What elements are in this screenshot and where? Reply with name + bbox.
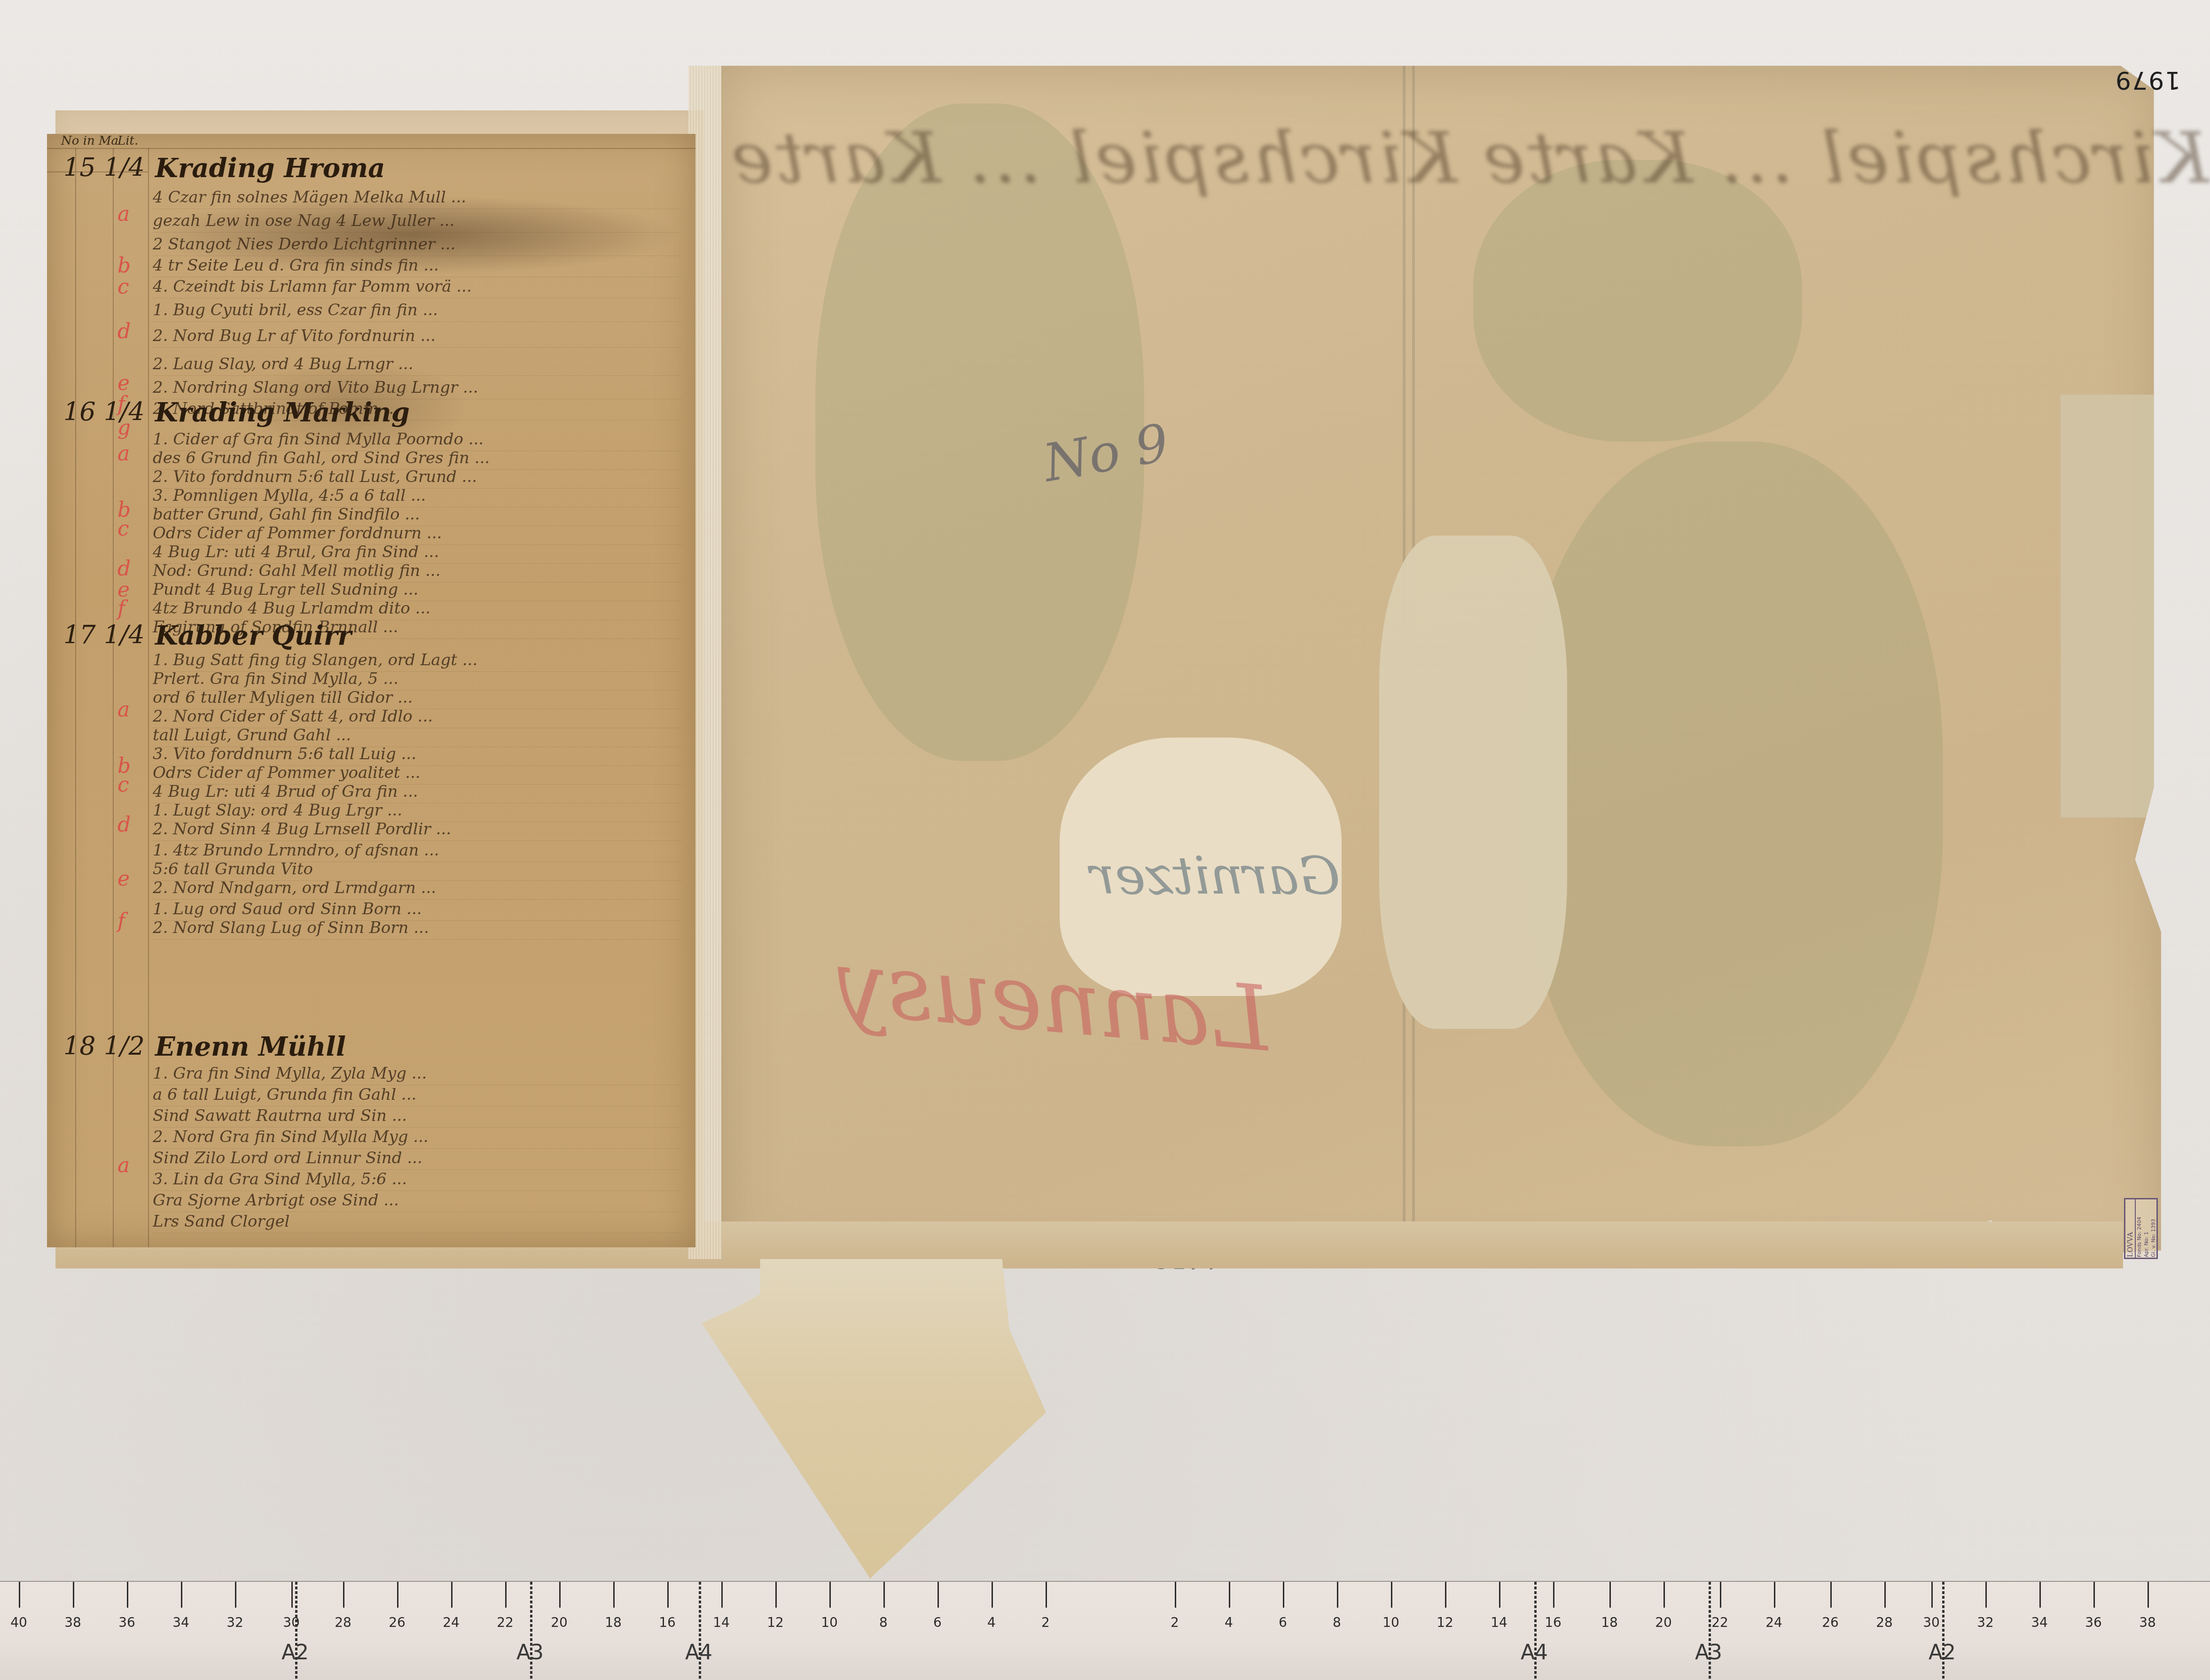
ruler-tick <box>1499 1582 1500 1608</box>
ruler-tick <box>829 1582 831 1608</box>
ruler-label: 20 <box>1655 1615 1672 1630</box>
paper-size-line <box>1942 1582 1944 1680</box>
paper-size-mark: A2 <box>1929 1641 1956 1664</box>
entry-line: tall Luigt, Grund Gahl ... <box>153 726 681 747</box>
ruler-tick <box>343 1582 344 1608</box>
ruler-tick <box>775 1582 777 1608</box>
ruler-tick <box>1830 1582 1832 1608</box>
entry-line: Prlert. Gra fin Sind Mylla, 5 ... <box>153 669 681 691</box>
entry-line: 4. Czeindt bis Lrlamn far Pomm vorä ... <box>153 277 681 298</box>
entry-line: batter Grund, Gahl fin Sindfilo ... <box>153 505 681 526</box>
ledger-rule <box>75 148 76 1247</box>
entry-line: 4 Bug Lr: uti 4 Brud of Gra fin ... <box>153 782 681 803</box>
paper-size-mark: A3 <box>1695 1641 1722 1664</box>
parcel-number: 16 1/4 <box>63 397 145 427</box>
entry-line: 2. Nord Bug Lr af Vito fordnurin ... <box>153 327 681 348</box>
ruler-tick <box>2093 1582 2095 1608</box>
ruler-tick <box>73 1582 74 1608</box>
ruler-label: 16 <box>659 1615 676 1630</box>
entry-line: Gra Sjorne Arbrigt ose Sind ... <box>153 1191 681 1212</box>
ruler-label: 14 <box>713 1615 730 1630</box>
ruler-tick <box>1175 1582 1176 1608</box>
ruler-label: 12 <box>767 1615 784 1630</box>
ruler-label: 6 <box>1279 1615 1287 1630</box>
ruler-label: 32 <box>226 1615 243 1630</box>
ruler-label: 4 <box>1225 1615 1233 1630</box>
parcel-number: 18 1/2 <box>63 1031 145 1061</box>
ruler-tick <box>883 1582 885 1608</box>
ruler-label: 10 <box>821 1615 838 1630</box>
ruler-label: 38 <box>64 1615 81 1630</box>
ruler-tick <box>937 1582 939 1608</box>
ruler-label: 28 <box>1876 1615 1893 1630</box>
ruler-label: 24 <box>443 1615 460 1630</box>
measurement-ruler: 40 38 36 34 32 30 28 26 24 22 20 18 16 1… <box>0 1581 2210 1680</box>
item-letter: d <box>117 557 131 581</box>
ruler-label: 22 <box>1711 1615 1728 1630</box>
ruler-tick <box>1663 1582 1665 1608</box>
entry-line: 2. Vito forddnurn 5:6 tall Lust, Grund .… <box>153 467 681 489</box>
ruler-label: 12 <box>1437 1615 1453 1630</box>
ruler-label: 30 <box>1923 1615 1940 1630</box>
ink-show-through <box>141 195 681 275</box>
stamp-title: LOVVA <box>2125 1199 2136 1258</box>
entry-line: 2. Nord Gra fin Sind Mylla Myg ... <box>153 1128 681 1149</box>
ruler-label: 40 <box>10 1615 27 1630</box>
ruler-label: 32 <box>1977 1615 1994 1630</box>
ruler-label: 14 <box>1491 1615 1507 1630</box>
paper-size-mark: A4 <box>1521 1641 1548 1664</box>
stamp-fonds: Fonds No: 2404 <box>2136 1199 2143 1258</box>
ruler-label: 34 <box>2031 1615 2048 1630</box>
paper-size-mark: A4 <box>685 1641 712 1664</box>
mirrored-title-show-through: Kirchspiel ... Karte <box>728 117 1457 199</box>
item-letter: c <box>117 517 129 541</box>
paper-size-mark: A3 <box>516 1641 544 1664</box>
ruler-tick <box>1046 1582 1047 1608</box>
entry-line: Odrs Cider af Pommer yoalitet ... <box>153 763 681 785</box>
section-title: Krading Hroma <box>155 153 385 184</box>
item-letter: a <box>117 1153 130 1177</box>
entry-line: 1. Lugt Slay: ord 4 Bug Lrgr ... <box>153 801 681 822</box>
ruler-label: 10 <box>1382 1615 1399 1630</box>
entry-line: 2. Nord Cider of Satt 4, ord Idlo ... <box>153 707 681 728</box>
ruler-tick <box>1445 1582 1446 1608</box>
entry-line: a 6 tall Luigt, Grunda fin Gahl ... <box>153 1085 681 1106</box>
paper-size-line <box>699 1582 701 1680</box>
item-letter: c <box>117 773 129 797</box>
ruler-tick <box>127 1582 128 1608</box>
ruler-label: 16 <box>1545 1615 1562 1630</box>
mirrored-title-show-through: Kirchspiel ... Karte <box>1480 117 2209 199</box>
stamp-apr: Apr. No: 1 <box>2143 1199 2150 1258</box>
ruler-tick <box>19 1582 20 1608</box>
entry-line: 1. Bug Satt fing tig Slangen, ord Lagt .… <box>153 651 681 672</box>
entry-line: Pundt 4 Bug Lrgr tell Sudning ... <box>153 580 681 601</box>
ruler-label: 20 <box>551 1615 568 1630</box>
item-letter: e <box>117 371 130 395</box>
entry-line: 3. Vito forddnurn 5:6 tall Luig ... <box>153 745 681 766</box>
entry-line: 1. Gra fin Sind Mylla, Zyla Myg ... <box>153 1064 681 1085</box>
ruler-tick <box>1931 1582 1933 1608</box>
repair-patch <box>2061 395 2164 817</box>
entry-line: des 6 Grund fin Gahl, ord Sind Gres fin … <box>153 449 681 470</box>
ruler-tick <box>2039 1582 2041 1608</box>
entry-line: Nod: Grund: Gahl Mell motlig fin ... <box>153 561 681 583</box>
ruler-tick <box>235 1582 236 1608</box>
ruler-label: 36 <box>118 1615 135 1630</box>
entry-line: Sind Sawatt Rautrna urd Sin ... <box>153 1106 681 1128</box>
show-through-map-area <box>1520 442 1943 1146</box>
item-letter: d <box>117 813 131 837</box>
register-page: No in Ma Lit. 15 1/4 Krading Hroma a b c… <box>47 134 695 1247</box>
section-title: Kabber Quirr <box>155 620 351 651</box>
ledger-rule <box>47 148 695 149</box>
ruler-tick <box>451 1582 453 1608</box>
ruler-label: 38 <box>2139 1615 2156 1630</box>
stamp-gl: Gl. v. No: 1393 <box>2150 1199 2157 1258</box>
ruler-label: 8 <box>1333 1615 1341 1630</box>
paper-size-line <box>1709 1582 1711 1680</box>
item-letter: d <box>117 319 131 343</box>
ruler-label: 2 <box>1171 1615 1179 1630</box>
ruler-tick <box>505 1582 507 1608</box>
entry-line: Sind Zilo Lord ord Linnur Sind ... <box>153 1149 681 1170</box>
ruler-label: 18 <box>605 1615 622 1630</box>
ruler-tick <box>1337 1582 1338 1608</box>
paper-size-mark: A2 <box>281 1641 309 1664</box>
paper-size-line <box>295 1582 297 1680</box>
header-number-col: No in Ma <box>61 134 118 148</box>
ruler-tick <box>1985 1582 1987 1608</box>
entry-line: 4 Bug Lr: uti 4 Brul, Gra fin Sind ... <box>153 543 681 564</box>
ruler-tick <box>559 1582 561 1608</box>
ledger-rule <box>113 148 114 1247</box>
entry-line: 2. Nord Slang Lug of Sinn Born ... <box>153 918 681 940</box>
ruler-tick <box>992 1582 993 1608</box>
ruler-label: 36 <box>2085 1615 2102 1630</box>
ledger-rule <box>148 148 149 1247</box>
ruler-label: 8 <box>879 1615 888 1630</box>
item-letter: a <box>117 698 130 722</box>
entry-line: Lrs Sand Clorgel <box>153 1212 681 1233</box>
item-letter: f <box>117 909 125 933</box>
ruler-tick <box>1774 1582 1775 1608</box>
ruler-tick <box>1283 1582 1284 1608</box>
parcel-number: 15 1/4 <box>63 153 145 182</box>
show-through-map-area <box>1473 160 1802 442</box>
item-letter: e <box>117 867 130 891</box>
entry-line: Odrs Cider af Pommer forddnurn ... <box>153 524 681 545</box>
ruler-tick <box>397 1582 398 1608</box>
item-letter: a <box>117 442 130 466</box>
ruler-tick <box>1229 1582 1230 1608</box>
entry-line: 2. Nord Sinn 4 Bug Lrnsell Pordlir ... <box>153 820 681 841</box>
repair-patch <box>1379 536 1567 1029</box>
entry-line: ord 6 tuller Myligen till Gidor ... <box>153 688 681 709</box>
item-letter: f <box>117 597 125 621</box>
ruler-tick <box>181 1582 182 1608</box>
ruler-label: 26 <box>389 1615 406 1630</box>
map-sheet-verso <box>721 66 2164 1268</box>
ruler-label: 28 <box>335 1615 351 1630</box>
item-letter: b <box>117 254 131 278</box>
entry-line: 4tz Brundo 4 Bug Lrlamdm dito ... <box>153 599 681 620</box>
item-letter: a <box>117 202 130 226</box>
parcel-number: 17 1/4 <box>63 620 145 650</box>
item-letter: c <box>117 275 129 299</box>
ruler-tick <box>613 1582 615 1608</box>
sheet-number: 1979 <box>2115 66 2180 94</box>
ruler-label: 24 <box>1765 1615 1782 1630</box>
ruler-tick <box>721 1582 723 1608</box>
ruler-tick <box>1391 1582 1392 1608</box>
entry-line: 5:6 tall Grunda Vito <box>153 860 681 881</box>
archive-stamp: LOVVA Fonds No: 2404 Apr. No: 1 Gl. v. N… <box>2124 1198 2158 1259</box>
ruler-label: 4 <box>987 1615 996 1630</box>
ruler-label: 2 <box>1041 1615 1050 1630</box>
entry-line: 1. Lug ord Saud ord Sinn Born ... <box>153 900 681 921</box>
ruler-tick <box>667 1582 669 1608</box>
entry-line: 3. Pomnligen Mylla, 4:5 a 6 tall ... <box>153 486 681 507</box>
header-letter-col: Lit. <box>117 134 138 148</box>
paper-size-line <box>1534 1582 1537 1680</box>
ruler-label: 18 <box>1601 1615 1618 1630</box>
ruler-tick <box>2148 1582 2149 1608</box>
ruler-tick <box>1720 1582 1721 1608</box>
blue-signature: Garnitzer <box>1090 846 1340 906</box>
ruler-tick <box>1884 1582 1886 1608</box>
ruler-tick <box>1553 1582 1554 1608</box>
ruler-tick <box>291 1582 293 1608</box>
entry-line: 1. 4tz Brundo Lrnndro, of afsnan ... <box>153 841 681 862</box>
ruler-label: 26 <box>1822 1615 1839 1630</box>
ruler-tick <box>1609 1582 1611 1608</box>
entry-line: 2. Nord Nndgarn, ord Lrmdgarn ... <box>153 879 681 900</box>
stain <box>235 359 470 453</box>
paper-size-line <box>530 1582 532 1680</box>
entry-line: 3. Lin da Gra Sind Mylla, 5:6 ... <box>153 1170 681 1191</box>
ruler-label: 6 <box>933 1615 942 1630</box>
ruler-label: 22 <box>497 1615 514 1630</box>
section-title: Enenn Mühll <box>155 1031 346 1062</box>
entry-line: 1. Bug Cyuti bril, ess Czar fin fin ... <box>153 301 681 322</box>
ruler-label: 34 <box>172 1615 189 1630</box>
